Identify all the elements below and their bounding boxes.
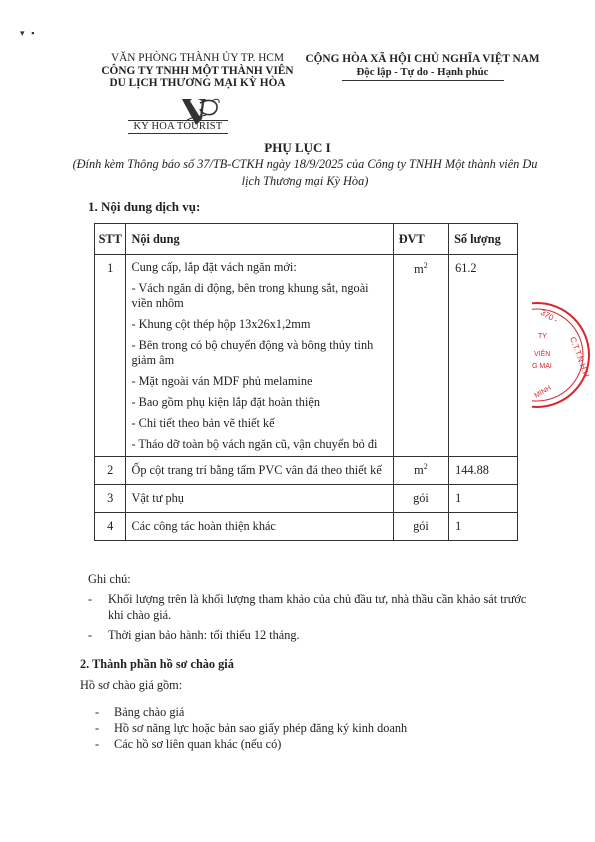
issuer-company-line1: CÔNG TY TNHH MỘT THÀNH VIÊN [95,65,300,78]
cell-unit: m2 [393,255,448,457]
bullet-dash: - [95,704,99,720]
national-header: CỘNG HÒA XÃ HỘI CHỦ NGHĨA VIỆT NAM Độc l… [300,53,545,81]
cell-content: Các công tác hoàn thiện khác [126,513,393,541]
note-item: -Thời gian bảo hành: tối thiểu 12 tháng. [88,627,538,643]
content-line: Vật tư phụ [131,491,386,506]
service-table: STT Nội dung ĐVT Số lượng 1Cung cấp, lắp… [94,223,518,541]
section-2-heading: 2. Thành phần hồ sơ chào giá [80,657,234,672]
list-item-text: Bảng chào giá [114,705,184,719]
table-row: 2Ốp cột trang trí bằng tấm PVC vân đá th… [95,457,518,485]
scan-marks: ▾ ▪ [20,28,34,39]
required-documents-list: -Bảng chào giá-Hồ sơ năng lực hoặc bản s… [95,704,407,752]
motto-underline [342,80,504,81]
cell-content: Vật tư phụ [126,485,393,513]
document-item: -Hồ sơ năng lực hoặc bản sao giấy phép đ… [95,720,407,736]
col-header-unit: ĐVT [393,224,448,255]
cell-unit: gói [393,485,448,513]
svg-text:G MẠI: G MẠI [532,363,552,370]
content-line: - Bao gồm phụ kiện lắp đặt hoàn thiện [131,395,386,410]
issuer-parent: VĂN PHÒNG THÀNH ỦY TP. HCM [95,52,300,65]
svg-text:TY: TY [538,333,547,340]
issuer-header: VĂN PHÒNG THÀNH ỦY TP. HCM CÔNG TY TNHH … [95,52,300,90]
section-1-heading: 1. Nội dung dịch vụ: [88,199,200,215]
bullet-dash: - [88,591,92,607]
svg-text:VIÊN: VIÊN [534,349,550,358]
logo-rule-bottom [128,133,228,134]
content-line: - Tháo dỡ toàn bộ vách ngăn cũ, vận chuy… [131,437,386,452]
content-line: Ốp cột trang trí bằng tấm PVC vân đá the… [131,463,386,478]
cell-content: Ốp cột trang trí bằng tấm PVC vân đá the… [126,457,393,485]
cell-quantity: 1 [449,485,518,513]
cell-unit: m2 [393,457,448,485]
cell-stt: 1 [95,255,126,457]
content-line: - Khung cột thép hộp 13x26x1,2mm [131,317,386,332]
document-item: -Các hồ sơ liên quan khác (nếu có) [95,736,407,752]
bullet-dash: - [95,720,99,736]
col-header-content: Nội dung [126,224,393,255]
svg-text:MINH: MINH [534,385,553,400]
content-line: - Bên trong có bộ chuyển động và bông th… [131,338,386,368]
document-item: -Bảng chào giá [95,704,407,720]
content-line: - Mặt ngoài ván MDF phủ melamine [131,374,386,389]
cell-quantity: 1 [449,513,518,541]
cell-stt: 3 [95,485,126,513]
col-header-quantity: Số lượng [449,224,518,255]
cell-quantity: 61.2 [449,255,518,457]
bullet-dash: - [88,627,92,643]
cell-content: Cung cấp, lắp đặt vách ngăn mới:- Vách n… [126,255,393,457]
section-2-intro: Hồ sơ chào giá gồm: [80,678,182,693]
cell-unit: gói [393,513,448,541]
appendix-title: PHỤ LỤC I [0,140,595,156]
table-header-row: STT Nội dung ĐVT Số lượng [95,224,518,255]
table-row: 3Vật tư phụgói1 [95,485,518,513]
content-line: Cung cấp, lắp đặt vách ngăn mới: [131,260,386,275]
content-line: - Chi tiết theo bản vẽ thiết kế [131,416,386,431]
cell-quantity: 144.88 [449,457,518,485]
table-row: 4Các công tác hoàn thiện khácgói1 [95,513,518,541]
bullet-dash: - [95,736,99,752]
cell-stt: 2 [95,457,126,485]
content-line: - Vách ngăn di động, bên trong khung sắt… [131,281,386,311]
notes-label: Ghi chú: [88,571,538,587]
list-item-text: Khối lượng trên là khối lượng tham khảo … [108,592,526,622]
svg-text:370 -: 370 - [539,308,560,325]
red-seal-stamp-icon: 370 - C.T.T.N.H.H TY VIÊN G MẠI MINH [532,298,595,413]
table-row: 1Cung cấp, lắp đặt vách ngăn mới:- Vách … [95,255,518,457]
content-line: Các công tác hoàn thiện khác [131,519,386,534]
list-item-text: Hồ sơ năng lực hoặc bản sao giấy phép đă… [114,721,407,735]
logo-text: KY HOA TOURIST [128,121,228,132]
issuer-company-line2: DU LỊCH THƯƠNG MẠI KỲ HÒA [95,77,300,90]
notes-block: Ghi chú: -Khối lượng trên là khối lượng … [88,571,538,643]
col-header-stt: STT [95,224,126,255]
note-item: -Khối lượng trên là khối lượng tham khảo… [88,591,538,623]
national-title: CỘNG HÒA XÃ HỘI CHỦ NGHĨA VIỆT NAM [300,53,545,66]
national-motto: Độc lập - Tự do - Hạnh phúc [300,66,545,79]
list-item-text: Các hồ sơ liên quan khác (nếu có) [114,737,281,751]
appendix-subtitle: (Đính kèm Thông báo số 37/TB-CTKH ngày 1… [70,156,540,190]
cell-stt: 4 [95,513,126,541]
list-item-text: Thời gian bảo hành: tối thiểu 12 tháng. [108,628,300,642]
